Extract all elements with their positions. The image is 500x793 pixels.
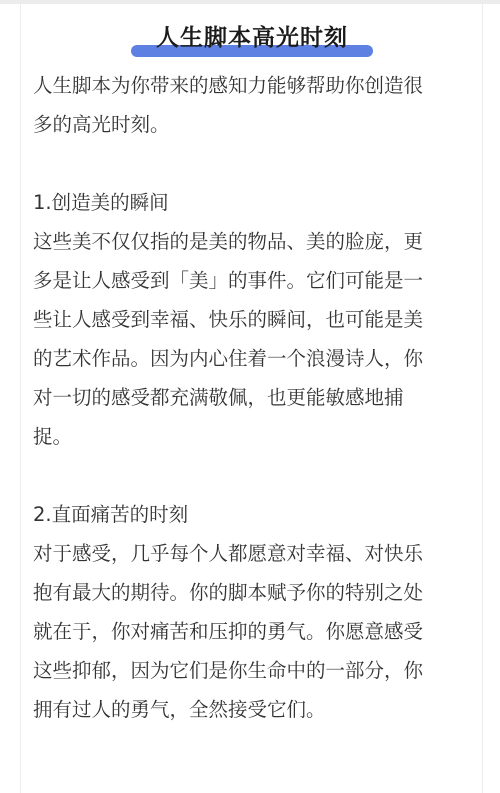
paragraph-line: 就在于，你对痛苦和压抑的勇气。你愿意感受 — [33, 612, 473, 651]
paragraph-line: 对一切的感受都充满敬佩，也更能敏感地捕 — [33, 378, 473, 417]
paragraph-line: 这些抑郁，因为它们是你生命中的一部分，你 — [33, 651, 473, 690]
section-heading: 2.直面痛苦的时刻 — [33, 495, 473, 534]
paragraph-line: 多是让人感受到「美」的事件。它们可能是一 — [33, 261, 473, 300]
intro-line: 人生脚本为你带来的感知力能够帮助你创造很 — [33, 66, 473, 105]
paragraph-line: 捉。 — [33, 417, 473, 456]
article-body: 人生脚本为你带来的感知力能够帮助你创造很 多的高光时刻。 1.创造美的瞬间 这些… — [33, 66, 473, 729]
intro-line: 多的高光时刻。 — [33, 105, 473, 144]
paragraph-line: 这些美不仅仅指的是美的物品、美的脸庞，更 — [33, 222, 473, 261]
page-title: 人生脚本高光时刻 — [131, 22, 373, 54]
paragraph-line: 的艺术作品。因为内心住着一个浪漫诗人，你 — [33, 339, 473, 378]
title-block: 人生脚本高光时刻 — [131, 22, 373, 62]
section-heading: 1.创造美的瞬间 — [33, 183, 473, 222]
paragraph-line: 些让人感受到幸福、快乐的瞬间，也可能是美 — [33, 300, 473, 339]
paragraph-line: 抱有最大的期待。你的脚本赋予你的特别之处 — [33, 573, 473, 612]
article-card: 人生脚本高光时刻 人生脚本为你带来的感知力能够帮助你创造很 多的高光时刻。 1.… — [20, 4, 483, 793]
paragraph-line: 拥有过人的勇气，全然接受它们。 — [33, 690, 473, 729]
paragraph-line: 对于感受，几乎每个人都愿意对幸福、对快乐 — [33, 534, 473, 573]
